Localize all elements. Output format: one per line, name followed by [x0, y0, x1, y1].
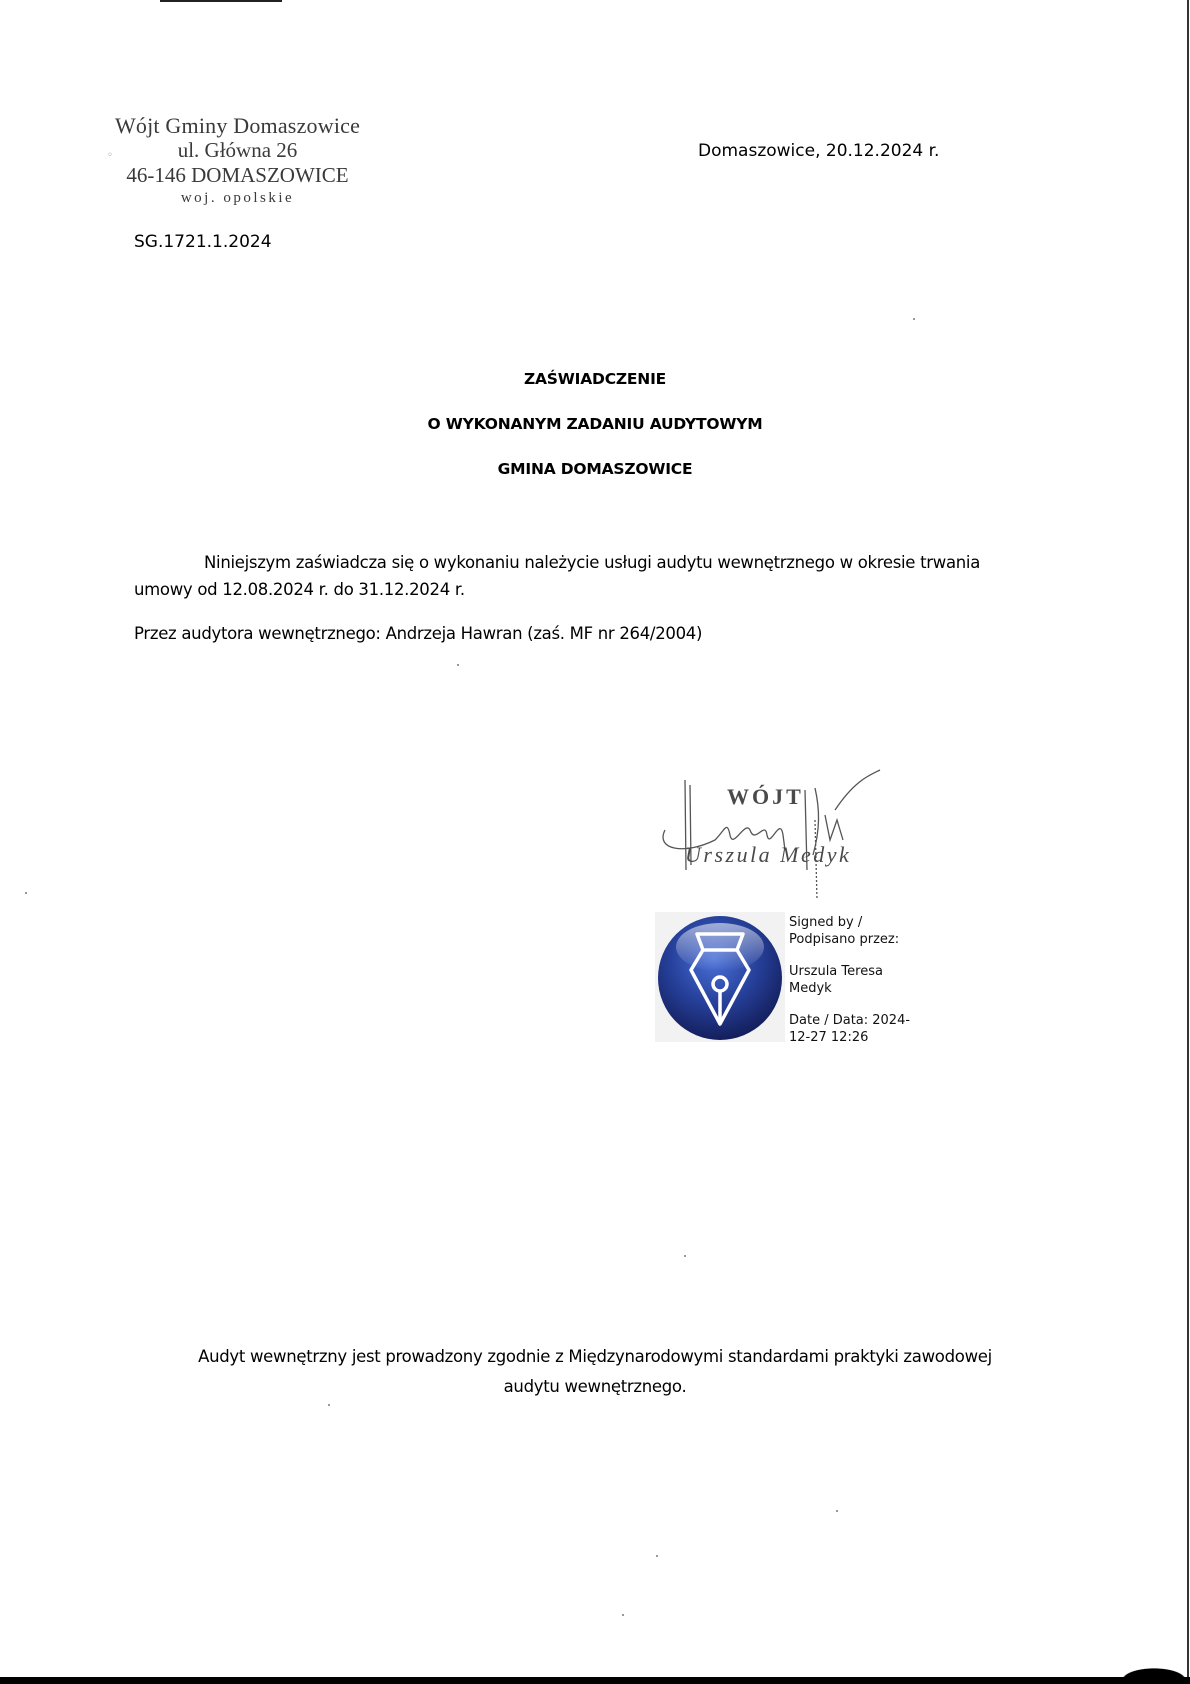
scan-speck [684, 1255, 686, 1257]
signed-by-label: Signed by / [789, 914, 910, 931]
footer-standards-note: Audyt wewnętrzny jest prowadzony zgodnie… [130, 1342, 1060, 1402]
scan-speck [913, 318, 915, 320]
scan-speck [25, 892, 27, 894]
scan-speck [656, 1555, 658, 1557]
handwritten-signature-stamp: WÓJT Urszula Medyk [655, 760, 915, 900]
footer-note-line2: audytu wewnętrznego. [130, 1372, 1060, 1402]
electronic-signature-block: Signed by / Podpisano przez: Urszula Ter… [655, 908, 915, 1048]
signature-date-line2: 12-27 12:26 [789, 1029, 910, 1046]
signer-name-line2: Medyk [789, 980, 910, 997]
reference-number: SG.1721.1.2024 [134, 232, 272, 252]
body-paragraph-certification: Niniejszym zaświadcza się o wykonaniu na… [134, 549, 1014, 603]
scan-speck [622, 1614, 624, 1616]
scan-artifact-right-edge [1187, 0, 1189, 1684]
scan-artifact-corner [1100, 1660, 1190, 1680]
scan-artifact-top-line [160, 0, 282, 2]
office-stamp: Wójt Gminy Domaszowice ul. Główna 26 46-… [100, 113, 375, 208]
scan-speck [457, 664, 459, 666]
scan-speck [836, 1510, 838, 1512]
document-entity: GMINA DOMASZOWICE [0, 460, 1190, 478]
stamp-line-street: ul. Główna 26 [100, 138, 375, 163]
scan-speck [328, 1404, 330, 1406]
stamp-line-region: woj. opolskie [100, 188, 375, 208]
footer-note-line1: Audyt wewnętrzny jest prowadzony zgodnie… [130, 1342, 1060, 1372]
body-paragraph-auditor: Przez audytora wewnętrznego: Andrzeja Ha… [134, 624, 1034, 643]
signature-scribble-icon [655, 760, 915, 900]
fountain-pen-nib-icon [655, 912, 785, 1042]
document-page: ◦ Wójt Gminy Domaszowice ul. Główna 26 4… [0, 0, 1190, 1684]
signature-stamp-title: WÓJT [727, 784, 804, 810]
signature-date-line1: Date / Data: 2024- [789, 1012, 910, 1029]
signed-by-label-pl: Podpisano przez: [789, 931, 910, 948]
stamp-line-office: Wójt Gminy Domaszowice [100, 113, 375, 138]
stamp-line-city: 46-146 DOMASZOWICE [100, 163, 375, 188]
scan-artifact-bottom-edge [0, 1677, 1190, 1684]
electronic-signature-details: Signed by / Podpisano przez: Urszula Ter… [789, 914, 910, 1046]
document-title: ZAŚWIADCZENIE [0, 370, 1190, 388]
signature-stamp-name: Urszula Medyk [685, 842, 851, 868]
document-subtitle: O WYKONANYM ZADANIU AUDYTOWYM [0, 415, 1190, 433]
place-and-date: Domaszowice, 20.12.2024 r. [698, 141, 939, 161]
signer-name-line1: Urszula Teresa [789, 963, 910, 980]
